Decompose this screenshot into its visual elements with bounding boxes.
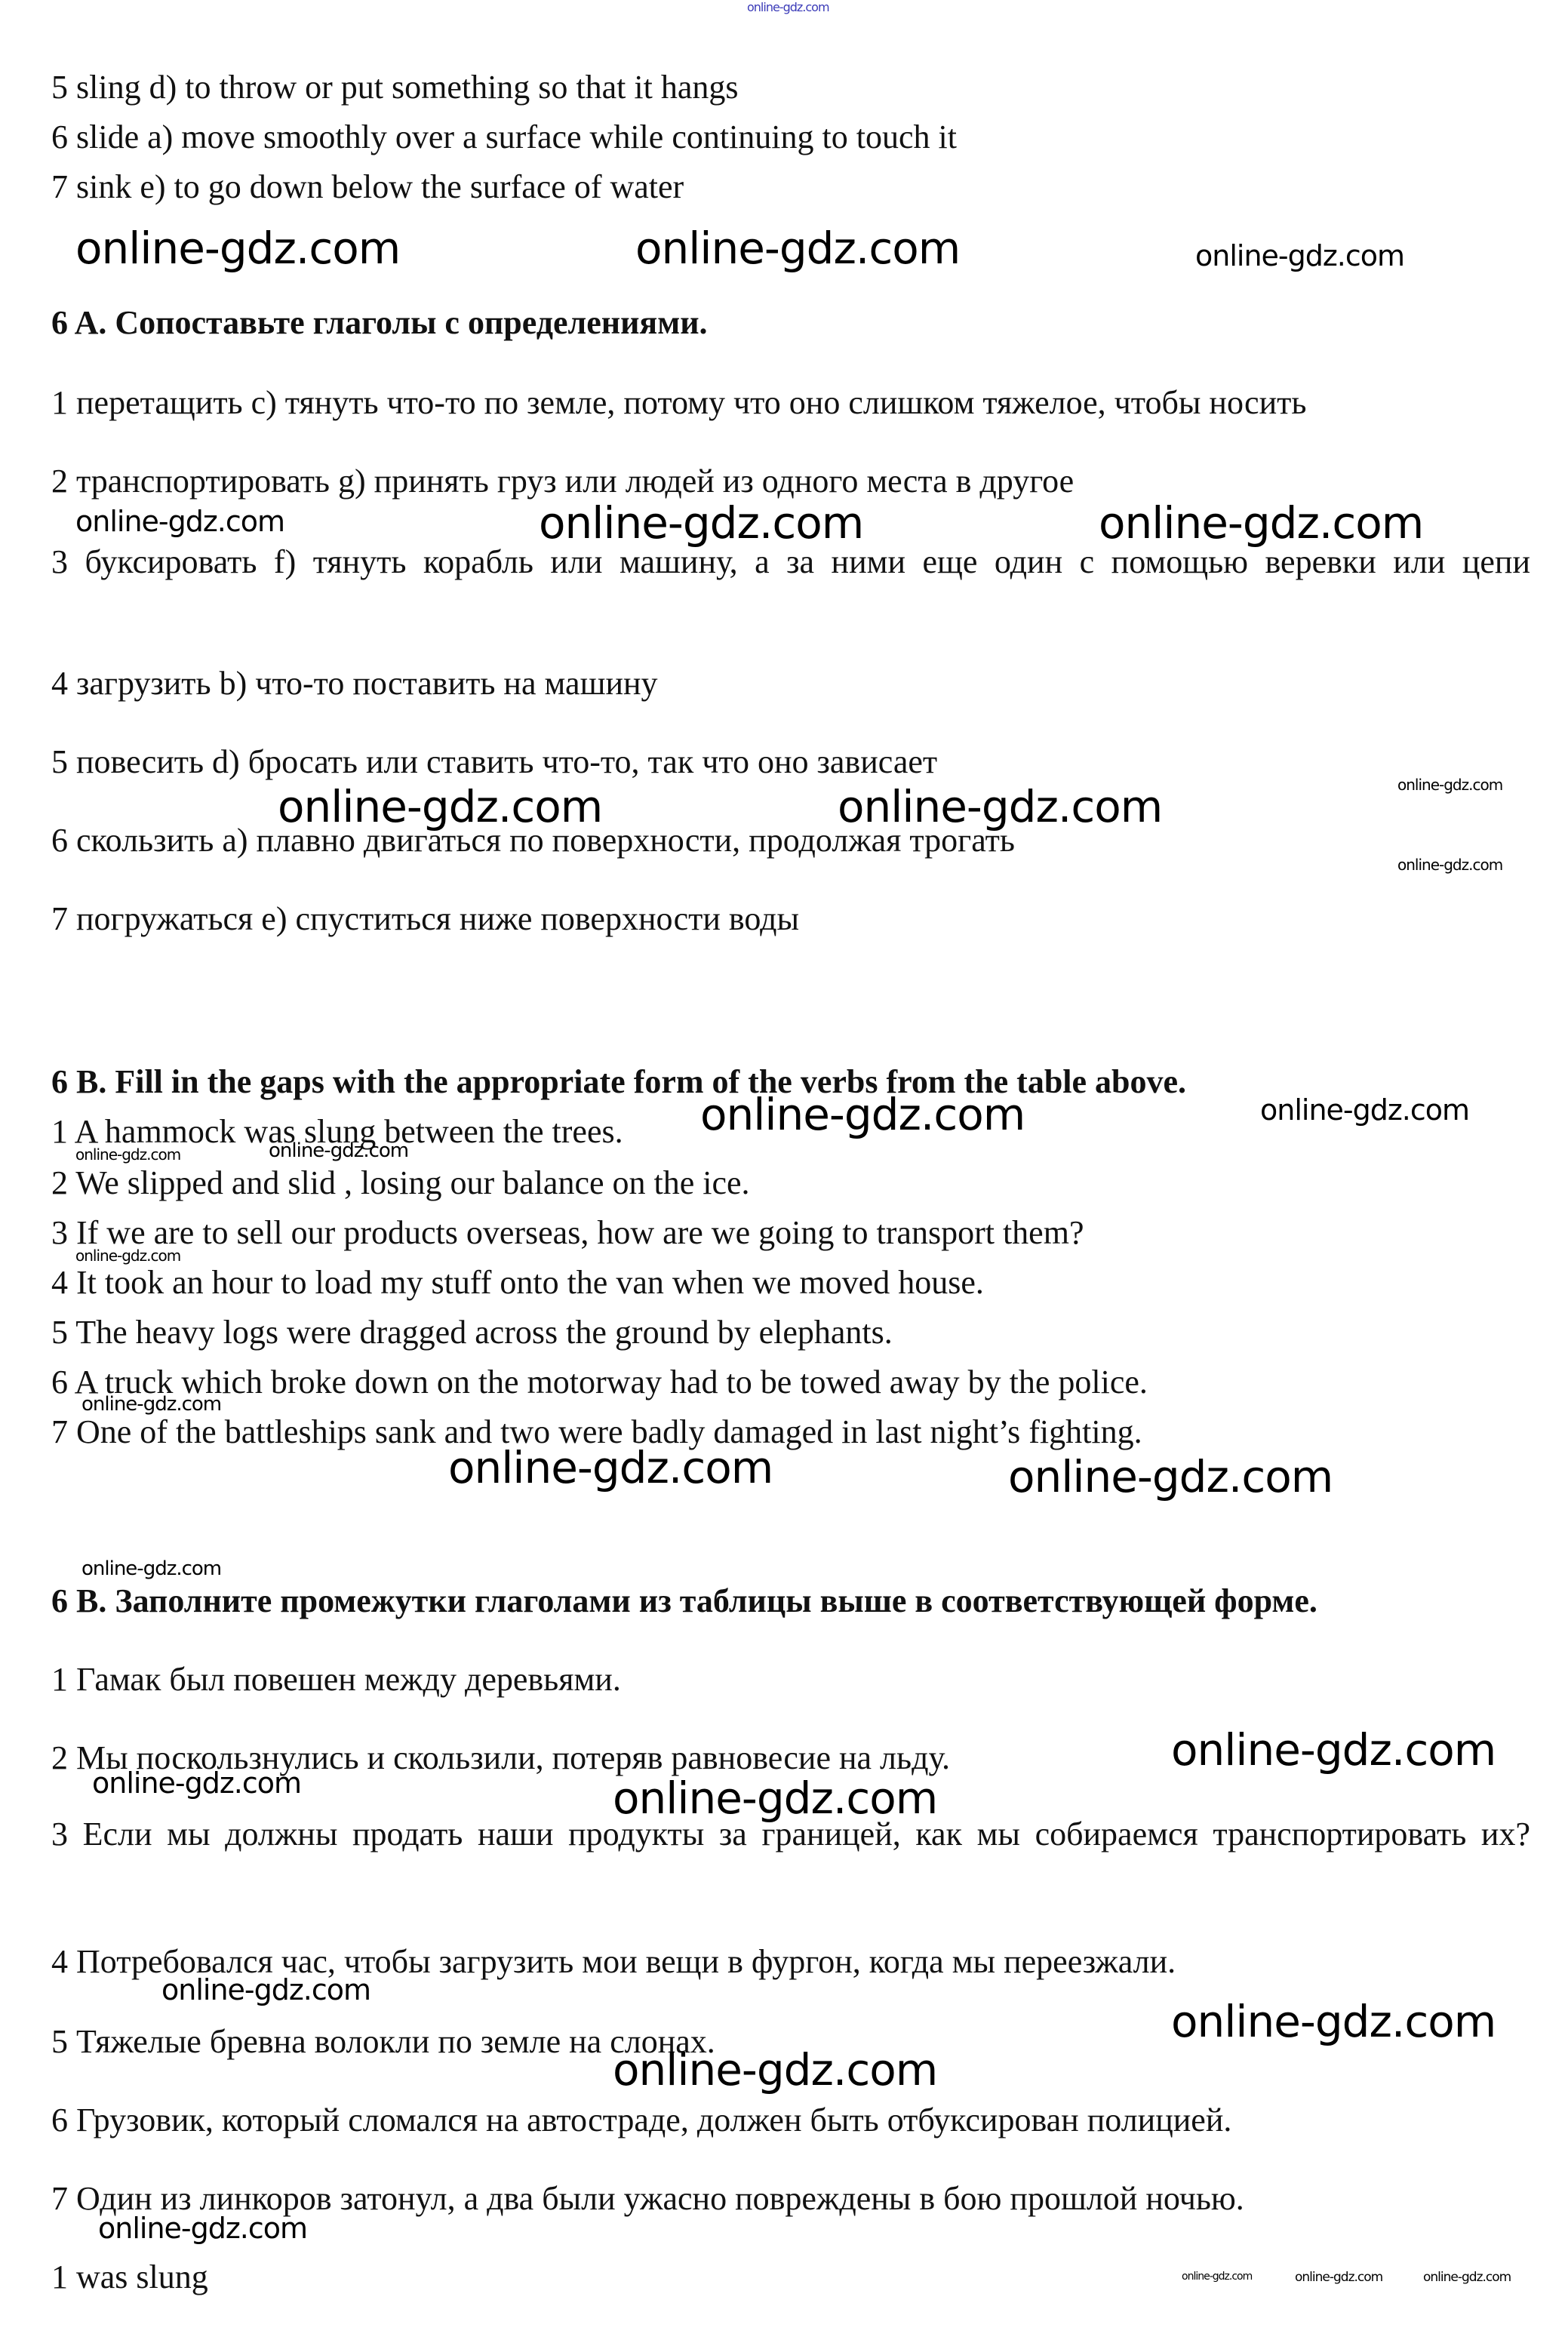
watermark: online-gdz.com [92, 1769, 301, 1797]
fill-item: 3 If we are to sell our products oversea… [51, 1216, 1084, 1250]
header-watermark[interactable]: online-gdz.com [747, 2, 829, 14]
watermark: online-gdz.com [161, 1975, 370, 2004]
fill-item-ru: 7 Один из линкоров затонул, а два были у… [51, 2182, 1244, 2215]
watermark: online-gdz.com [269, 1141, 408, 1161]
watermark: online-gdz.com [1397, 777, 1502, 792]
watermark: online-gdz.com [75, 507, 284, 536]
match-item: 2 транспортировать g) принять груз или л… [51, 465, 1074, 498]
fill-item: 2 We slipped and slid , losing our balan… [51, 1167, 750, 1200]
definition-item: 6 slide a) move smoothly over a surface … [51, 121, 957, 154]
answer-item: 1 was slung [51, 2261, 208, 2294]
watermark: online-gdz.com [1008, 1455, 1333, 1499]
watermark: online-gdz.com [98, 2214, 307, 2243]
fill-item-ru: 6 Грузовик, который сломался на автостра… [51, 2104, 1231, 2137]
watermark: online-gdz.com [613, 2048, 937, 2092]
watermark: online-gdz.com [635, 226, 960, 270]
watermark: online-gdz.com [1397, 857, 1502, 872]
match-item: 7 погружаться e) спуститься ниже поверхн… [51, 902, 799, 936]
watermark: online-gdz.com [1182, 2271, 1252, 2282]
fill-item-ru: 3 Если мы должны продать наши продукты з… [51, 1813, 1530, 1856]
watermark: online-gdz.com [539, 501, 863, 545]
match-item: 1 перетащить c) тянуть что-то по земле, … [51, 386, 1306, 420]
watermark: online-gdz.com [75, 1147, 180, 1162]
fill-item: 5 The heavy logs were dragged across the… [51, 1316, 893, 1349]
section-heading-6b-ru: 6 B. Заполните промежутки глаголами из т… [51, 1585, 1317, 1618]
match-item: 4 загрузить b) что-то поставить на машин… [51, 667, 658, 700]
section-heading-6a-ru: 6 A. Сопоставьте глаголы с определениями… [51, 306, 708, 340]
watermark: online-gdz.com [1295, 2271, 1382, 2284]
watermark: online-gdz.com [81, 1394, 221, 1414]
definition-item: 5 sling d) to throw or put something so … [51, 71, 739, 104]
watermark: online-gdz.com [1195, 241, 1404, 270]
watermark: online-gdz.com [1423, 2271, 1511, 2284]
match-item: 3 буксировать f) тянуть корабль или маши… [51, 540, 1530, 584]
watermark: online-gdz.com [75, 226, 400, 270]
watermark: online-gdz.com [81, 1559, 221, 1579]
watermark: online-gdz.com [75, 1248, 180, 1263]
watermark: online-gdz.com [1171, 2000, 1496, 2043]
definition-item: 7 sink e) to go down below the surface o… [51, 171, 684, 204]
watermark: online-gdz.com [700, 1093, 1025, 1136]
match-item: 5 повесить d) бросать или ставить что-то… [51, 746, 937, 779]
fill-item: 4 It took an hour to load my stuff onto … [51, 1266, 984, 1299]
watermark: online-gdz.com [1260, 1096, 1469, 1124]
watermark: online-gdz.com [448, 1446, 773, 1490]
watermark: online-gdz.com [1171, 1728, 1496, 1772]
watermark: online-gdz.com [1099, 501, 1423, 545]
fill-item-ru: 1 Гамак был повешен между деревьями. [51, 1663, 621, 1696]
match-item: 6 скользить a) плавно двигаться по повер… [51, 824, 1015, 857]
